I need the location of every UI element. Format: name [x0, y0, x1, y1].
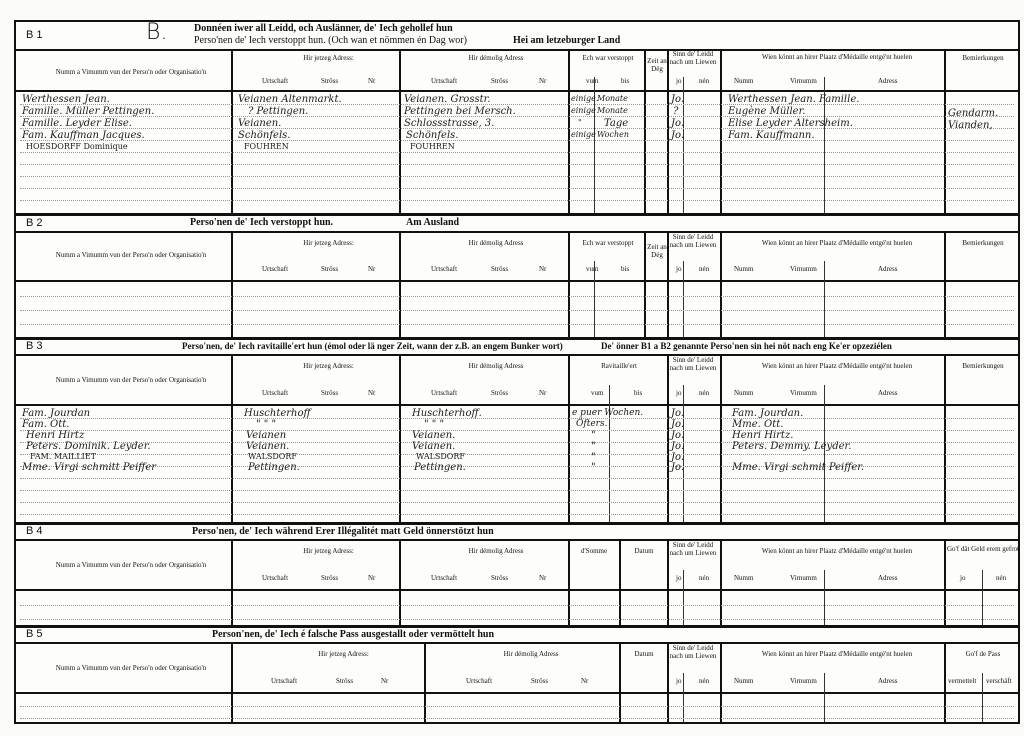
section-title: Perso'nen de' Iech verstoppt hun.	[190, 217, 333, 228]
header-stross: Ströss	[321, 265, 338, 273]
header-urtschaft: Urtschaft	[431, 77, 457, 85]
entry-medal: Werthessen Jean. Famille.	[728, 94, 859, 105]
column-header: Numm a Vimumm vun der Perso'n oder Organ…	[16, 231, 1018, 282]
header-name: Numm a Vimumm vun der Perso'n oder Organ…	[26, 561, 236, 569]
header-stross: Ströss	[336, 677, 353, 685]
entry-yes: Jo.	[671, 462, 684, 473]
column-header: Numm a Vimumm vun der Perso'n oder Organ…	[16, 642, 1018, 694]
header-remarks: Bemierkungen	[946, 54, 1020, 62]
entry-yes: Jo.	[671, 441, 684, 452]
header-yes: jo	[676, 265, 681, 273]
section-b5-rows	[16, 694, 1018, 722]
entry-name: FAM. MAILLIET	[30, 452, 96, 461]
header-hidden: Ech war verstoppt	[571, 239, 645, 247]
section-code: B 2	[26, 217, 43, 229]
header-nr: Nr	[539, 77, 546, 85]
header-remarks: Bemierkungen	[946, 239, 1020, 247]
entry-former: Veianen.	[412, 441, 455, 452]
header-medal-name: Numm	[734, 677, 753, 685]
entry-medal: Henri Hirtz.	[732, 430, 793, 441]
section-b3: B 3 Perso'nen, de' Iech ravitaille'ert h…	[14, 338, 1020, 524]
entry-name: Mme. Virgi schmitt Peiffer	[22, 462, 156, 473]
header-medal: Wien könnt an hirer Plaatz d'Médaille en…	[728, 239, 946, 247]
section-subtitle: Perso'nen de' Iech verstoppt hun. (Och w…	[194, 35, 467, 46]
header-from: vum	[586, 77, 598, 85]
entry-name: Peters. Dominik. Leyder.	[26, 441, 151, 452]
section-b2: B 2 Perso'nen de' Iech verstoppt hun. Am…	[14, 214, 1020, 339]
header-stross: Ströss	[491, 77, 508, 85]
entry-from: einige.	[571, 94, 598, 103]
header-no: nén	[699, 677, 709, 685]
entry-current: WALSDORF	[248, 452, 297, 461]
entry-medal: Elise Leyder Altersheim.	[728, 118, 853, 129]
header-stross: Ströss	[491, 574, 508, 582]
entry-medal: Eugène Müller.	[728, 106, 805, 117]
header-current-address: Hir jetzeg Adress:	[246, 547, 411, 555]
header-stross: Ströss	[531, 677, 548, 685]
section-code: B 1	[26, 29, 43, 41]
header-time-days: Zeit an Dég	[646, 243, 668, 259]
entry-yes: ?	[673, 106, 678, 117]
header-medal-name: Numm	[734, 389, 753, 397]
header-medal: Wien könnt an hirer Plaatz d'Médaille en…	[728, 547, 946, 555]
entry-remark: Vianden,	[948, 120, 993, 131]
entry-yes: Jo.	[671, 130, 684, 141]
section-b1-titlebar: B 1 B. Donnéen iwer all Leidd, och Auslä…	[16, 22, 1018, 51]
entry-from: einige	[571, 130, 596, 139]
entry-yes: Jo.	[671, 94, 684, 105]
section-code: B 5	[26, 628, 43, 640]
header-urtschaft: Urtschaft	[431, 389, 457, 397]
entry-current: ? Pettingen.	[248, 106, 308, 117]
header-suffering: Sinn de' Leidd nach um Liewen	[668, 50, 718, 66]
header-procured: verschäft	[986, 677, 1012, 685]
entry-from: einige	[571, 106, 596, 115]
header-former-address: Hir démolig Adress	[416, 239, 576, 247]
entry-from: e puer Wochen.	[572, 408, 643, 418]
section-title: Perso'nen, de' Iech ravitaille'ert hun (…	[182, 341, 563, 351]
section-title: Donnéen iwer all Leidd, och Auslänner, d…	[194, 23, 453, 34]
header-current-address: Hir jetzeg Adress:	[246, 362, 411, 370]
entry-to: Tage	[604, 118, 628, 129]
header-yes: jo	[960, 574, 965, 582]
header-medal-address: Adress	[878, 389, 897, 397]
entry-name: Werthessen Jean.	[22, 94, 110, 105]
entry-former: Schönfels.	[406, 130, 458, 141]
entry-name: Henri Hirtz	[26, 430, 84, 441]
header-yes: jo	[676, 574, 681, 582]
entry-medal: Mme. Virgi schmit Peiffer.	[732, 462, 864, 473]
header-name: Numm a Vimumm vun der Perso'n oder Organ…	[26, 251, 236, 259]
header-stross: Ströss	[321, 77, 338, 85]
column-header: Numm a Vimumm vun der Perso'n oder Organ…	[16, 354, 1018, 406]
entry-remark: Gendarm.	[948, 108, 998, 119]
header-name: Numm a Vimumm vun der Perso'n oder Organ…	[26, 376, 236, 384]
entry-to: Monate	[597, 106, 628, 115]
header-suffering: Sinn de' Leidd nach um Liewen	[668, 644, 718, 660]
section-title: Perso'nen, de' Iech während Erer Illégal…	[192, 526, 494, 537]
header-no: nén	[699, 389, 709, 397]
header-stross: Ströss	[491, 265, 508, 273]
header-passport: Go'f de Pass	[946, 650, 1020, 658]
entry-current: Veianen Altenmarkt.	[238, 94, 342, 105]
header-suffering: Sinn de' Leidd nach um Liewen	[668, 541, 718, 557]
entry-name: Famille. Müller Pettingen.	[22, 106, 154, 117]
entry-medal: Peters. Demmy. Leyder.	[732, 441, 851, 452]
header-urtschaft: Urtschaft	[431, 574, 457, 582]
header-sum: d'Somme	[571, 547, 617, 555]
entry-current: Schönfels.	[238, 130, 290, 141]
section-b4: B 4 Perso'nen, de' Iech während Erer Ill…	[14, 523, 1020, 627]
header-nr: Nr	[368, 574, 375, 582]
header-medal-address: Adress	[878, 77, 897, 85]
header-no: nén	[699, 265, 709, 273]
header-time-days: Zeit an Dég	[646, 57, 668, 73]
form-letter: B.	[146, 20, 167, 45]
column-header: Numm a Vimumm vun der Perso'n oder Organ…	[16, 49, 1018, 92]
header-suffering: Sinn de' Leidd nach um Liewen	[668, 356, 718, 372]
header-date: Datum	[621, 650, 667, 658]
header-nr: Nr	[539, 574, 546, 582]
header-current-address: Hir jetzeg Adress:	[246, 650, 441, 658]
header-medal-address: Adress	[878, 677, 897, 685]
header-nr: Nr	[539, 265, 546, 273]
entry-from: "	[591, 462, 596, 473]
section-b5: B 5 Person'nen, de' Iech é falsche Pass …	[14, 626, 1020, 724]
header-to: bis	[621, 265, 629, 273]
header-medal-firstname: Virnumm	[790, 77, 817, 85]
header-medal: Wien könnt an hirer Plaatz d'Médaille en…	[728, 53, 946, 61]
entry-yes: Jo.	[671, 118, 684, 129]
header-urtschaft: Urtschaft	[431, 265, 457, 273]
header-from: vum	[586, 265, 598, 273]
header-medal-firstname: Virnumm	[790, 574, 817, 582]
section-title: Person'nen, de' Iech é falsche Pass ausg…	[212, 629, 494, 640]
header-former-address: Hir démolig Adress	[416, 547, 576, 555]
header-urtschaft: Urtschaft	[262, 265, 288, 273]
entry-from: Öfters.	[576, 419, 607, 429]
entry-medal: Fam. Kauffmann.	[728, 130, 815, 141]
header-no: nén	[996, 574, 1006, 582]
entry-to: Wochen	[597, 130, 629, 139]
header-nr: Nr	[368, 389, 375, 397]
header-yes: jo	[676, 677, 681, 685]
entry-name: Famille. Leyder Elise.	[22, 118, 132, 129]
entry-current: Veianen.	[238, 118, 281, 129]
section-region: Am Ausland	[406, 217, 459, 228]
header-no: nén	[699, 574, 709, 582]
header-medal: Wien könnt an hirer Plaatz d'Médaille en…	[728, 362, 946, 370]
entry-from: "	[591, 441, 596, 452]
entry-name: Fam. Ott.	[22, 419, 69, 430]
header-yes: jo	[676, 389, 681, 397]
entry-yes: Jo.	[671, 430, 684, 441]
header-no: nén	[699, 77, 709, 85]
section-b3-rows: Fam. Jourdan Fam. Ott. Henri Hirtz Peter…	[16, 406, 1018, 522]
entry-former: Veianen.	[412, 430, 455, 441]
header-nr: Nr	[368, 77, 375, 85]
header-nr: Nr	[381, 677, 388, 685]
header-nr: Nr	[539, 389, 546, 397]
header-medal-address: Adress	[878, 574, 897, 582]
header-nr: Nr	[581, 677, 588, 685]
header-former-address: Hir démolig Adress	[416, 362, 576, 370]
header-to: bis	[621, 77, 629, 85]
entry-name: Fam. Kauffman Jacques.	[22, 130, 145, 141]
entry-yes: Jo.	[671, 419, 684, 430]
entry-current: Pettingen.	[248, 462, 300, 473]
entry-to: Monate	[597, 94, 628, 103]
section-note: De' önner B1 a B2 genannte Perso'nen sin…	[601, 341, 892, 351]
header-urtschaft: Urtschaft	[262, 389, 288, 397]
entry-name: HOESDORFF Dominique	[26, 142, 128, 151]
header-urtschaft: Urtschaft	[262, 77, 288, 85]
header-money-returned: Go'f dät Geld erem gefrot	[946, 545, 1020, 553]
header-medal: Wien könnt an hirer Plaatz d'Médaille en…	[728, 650, 946, 658]
entry-former: Schlossstrasse, 3.	[404, 118, 494, 129]
header-medal-name: Numm	[734, 265, 753, 273]
entry-medal: Fam. Jourdan.	[732, 408, 803, 419]
header-former-address: Hir démolig Adress	[446, 650, 616, 658]
header-medal-name: Numm	[734, 77, 753, 85]
entry-former: Huschterhoff.	[412, 408, 482, 419]
entry-former: WALSDORF	[416, 452, 465, 461]
header-remarks: Bemierkungen	[946, 362, 1020, 370]
entry-medal: Mme. Ott.	[732, 419, 783, 430]
section-b1-rows: Werthessen Jean. Famille. Müller Petting…	[16, 92, 1018, 213]
header-yes: jo	[676, 77, 681, 85]
header-name: Numm a Vimumm vun der Perso'n oder Organ…	[26, 68, 236, 76]
header-urtschaft: Urtschaft	[271, 677, 297, 685]
section-code: B 3	[26, 340, 43, 352]
header-medal-firstname: Virnumm	[790, 265, 817, 273]
header-urtschaft: Urtschaft	[466, 677, 492, 685]
entry-yes: Jo.	[671, 408, 684, 419]
header-medal-address: Adress	[878, 265, 897, 273]
header-from: vum	[591, 389, 603, 397]
section-region: Hei am letzeburger Land	[513, 35, 620, 46]
header-name: Numm a Vimumm vun der Perso'n oder Organ…	[26, 664, 236, 672]
section-b2-rows	[16, 282, 1018, 337]
header-former-address: Hir démolig Adress	[416, 54, 576, 62]
entry-current: Veianen	[246, 430, 286, 441]
entry-current: Veianen.	[246, 441, 289, 452]
header-medal-firstname: Virnumm	[790, 389, 817, 397]
header-hidden: Ech war verstoppt	[571, 54, 645, 62]
header-nr: Nr	[368, 265, 375, 273]
header-supplied: Ravitaille'ert	[571, 362, 667, 370]
header-medal-firstname: Virnumm	[790, 677, 817, 685]
header-stross: Ströss	[491, 389, 508, 397]
entry-current: Huschterhoff	[244, 408, 311, 419]
entry-from: "	[578, 118, 582, 127]
entry-former: Pettingen.	[414, 462, 466, 473]
entry-former: Veianen. Grosstr.	[404, 94, 490, 105]
section-b1: B 1 B. Donnéen iwer all Leidd, och Auslä…	[14, 20, 1020, 215]
header-suffering: Sinn de' Leidd nach um Liewen	[668, 233, 718, 249]
entry-current: FOUHREN	[244, 142, 289, 151]
entry-from: "	[591, 430, 596, 441]
entry-former: " " "	[424, 419, 444, 430]
header-to: bis	[634, 389, 642, 397]
entry-former: FOUHREN	[410, 142, 455, 151]
header-current-address: Hir jetzeg Adress:	[246, 239, 411, 247]
header-stross: Ströss	[321, 389, 338, 397]
header-date: Datum	[621, 547, 667, 555]
entry-name: Fam. Jourdan	[22, 408, 90, 419]
header-medal-name: Numm	[734, 574, 753, 582]
section-b4-rows	[16, 591, 1018, 625]
section-code: B 4	[26, 525, 43, 537]
header-mediated: vermettelt	[948, 677, 976, 685]
header-current-address: Hir jetzeg Adress:	[246, 54, 411, 62]
column-header: Numm a Vimumm vun der Perso'n oder Organ…	[16, 539, 1018, 591]
header-stross: Ströss	[321, 574, 338, 582]
entry-current: " " "	[256, 419, 276, 430]
entry-former: Pettingen bei Mersch.	[404, 106, 516, 117]
header-urtschaft: Urtschaft	[262, 574, 288, 582]
